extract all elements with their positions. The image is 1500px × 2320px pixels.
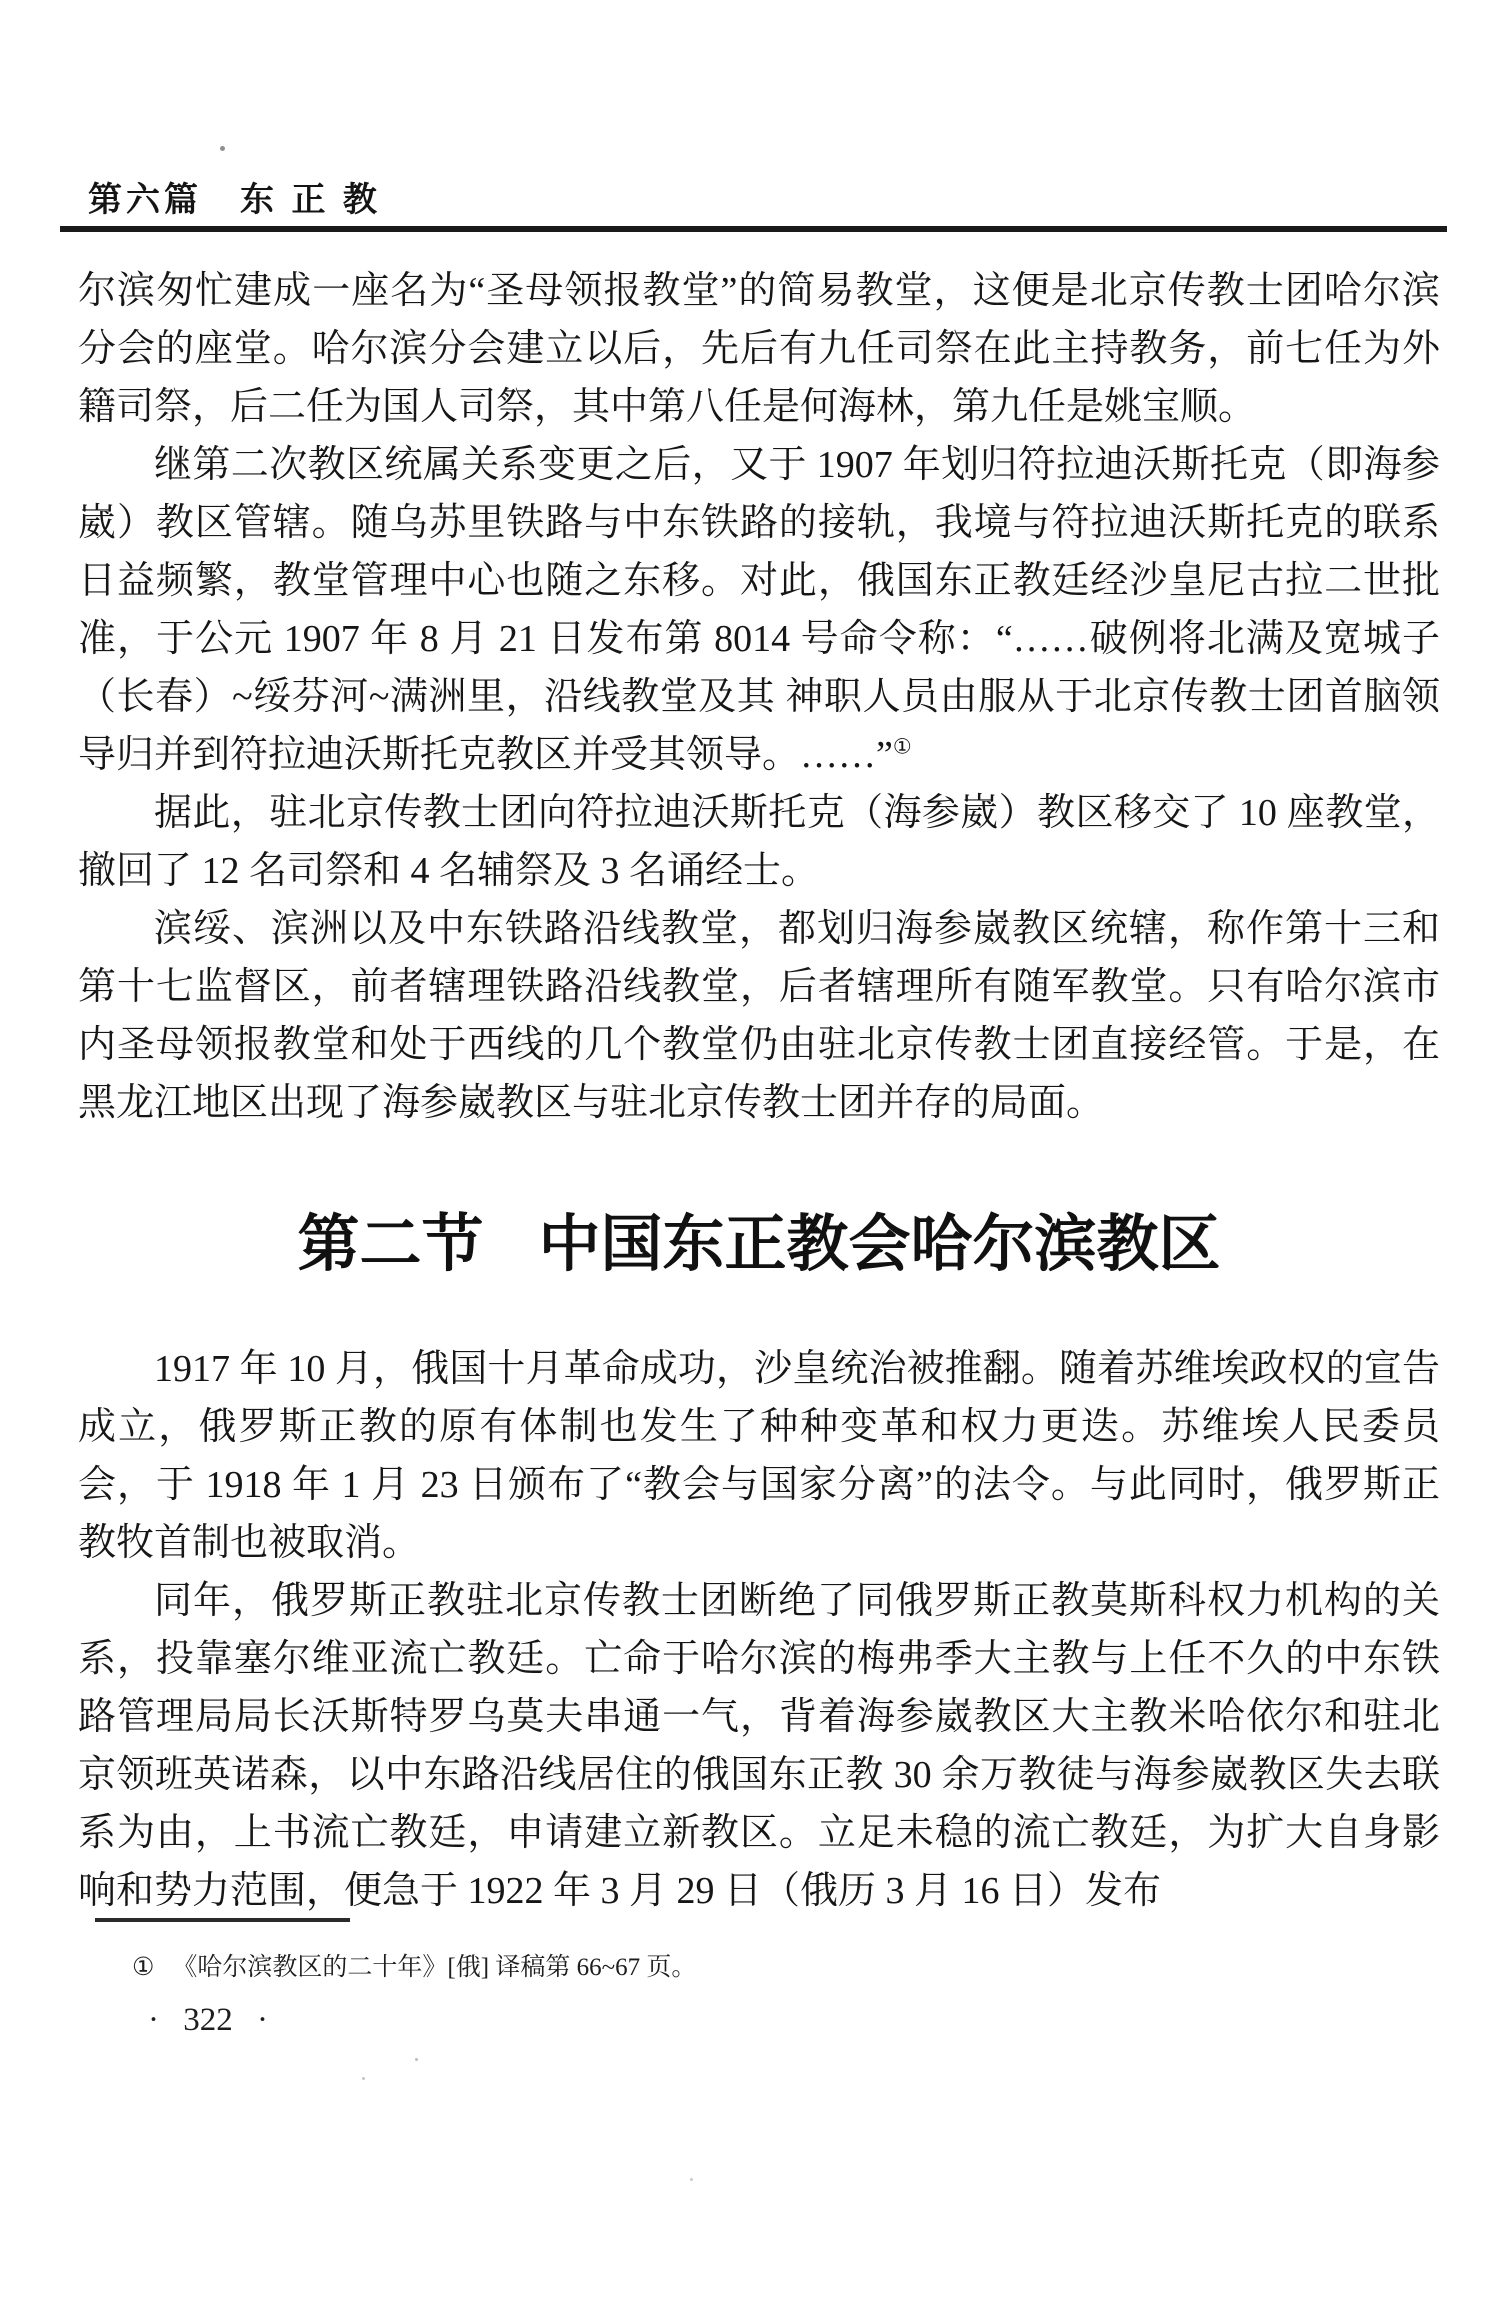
- body-paragraph: 同年，俄罗斯正教驻北京传教士团断绝了同俄罗斯正教莫斯科权力机构的关系，投靠塞尔维…: [78, 1572, 1440, 1920]
- footnote-rule: [95, 1918, 350, 1922]
- paragraph-text: 滨绥、滨洲以及中东铁路沿线教堂，都划归海参崴教区统辖，称作第十三和第十七监督区，…: [78, 908, 1440, 1124]
- scan-speck: [362, 2077, 365, 2080]
- paragraph-text: 同年，俄罗斯正教驻北京传教士团断绝了同俄罗斯正教莫斯科权力机构的关系，投靠塞尔维…: [78, 1580, 1440, 1912]
- paragraph-text: 尔滨匆忙建成一座名为“圣母领报教堂”的简易教堂，这便是北京传教士团哈尔滨分会的座…: [78, 270, 1440, 428]
- page-body: 尔滨匆忙建成一座名为“圣母领报教堂”的简易教堂，这便是北京传教士团哈尔滨分会的座…: [78, 262, 1440, 1920]
- body-paragraph: 继第二次教区统属关系变更之后，又于 1907 年划归符拉迪沃斯托克（即海参崴）教…: [78, 436, 1440, 784]
- section-title: 中国东正教会哈尔滨教区: [539, 1211, 1221, 1279]
- book-page: 第六篇 东 正 教 尔滨匆忙建成一座名为“圣母领报教堂”的简易教堂，这便是北京传…: [0, 0, 1500, 2320]
- footnote-text: 《哈尔滨教区的二十年》[俄] 译稿第 66~67 页。: [172, 1954, 696, 1981]
- paragraph-text: 继第二次教区统属关系变更之后，又于 1907 年划归符拉迪沃斯托克（即海参崴）教…: [78, 444, 1440, 776]
- body-paragraph: 尔滨匆忙建成一座名为“圣母领报教堂”的简易教堂，这便是北京传教士团哈尔滨分会的座…: [78, 262, 1440, 436]
- body-paragraph: 滨绥、滨洲以及中东铁路沿线教堂，都划归海参崴教区统辖，称作第十三和第十七监督区，…: [78, 900, 1440, 1132]
- footnote-reference: ①: [893, 734, 912, 758]
- scan-speck: [690, 2178, 693, 2181]
- scan-speck: [220, 146, 225, 151]
- paragraph-text: 据此，驻北京传教士团向符拉迪沃斯托克（海参崴）教区移交了 10 座教堂，撤回了 …: [78, 792, 1440, 892]
- body-paragraph: 据此，驻北京传教士团向符拉迪沃斯托克（海参崴）教区移交了 10 座教堂，撤回了 …: [78, 784, 1440, 900]
- page-number: · 322 ·: [148, 2002, 268, 2039]
- scan-speck: [415, 2058, 418, 2061]
- paragraph-text: 1917 年 10 月，俄国十月革命成功，沙皇统治被推翻。随着苏维埃政权的宣告成…: [78, 1348, 1440, 1564]
- body-paragraph: 1917 年 10 月，俄国十月革命成功，沙皇统治被推翻。随着苏维埃政权的宣告成…: [78, 1340, 1440, 1572]
- running-header: 第六篇 东 正 教: [88, 172, 381, 221]
- footnote: ①《哈尔滨教区的二十年》[俄] 译稿第 66~67 页。: [132, 1950, 696, 1986]
- section-heading: 第二节中国东正教会哈尔滨教区: [78, 1205, 1440, 1285]
- footnote-marker: ①: [132, 1954, 154, 1981]
- header-rule: [60, 226, 1447, 232]
- section-number: 第二节: [297, 1211, 483, 1279]
